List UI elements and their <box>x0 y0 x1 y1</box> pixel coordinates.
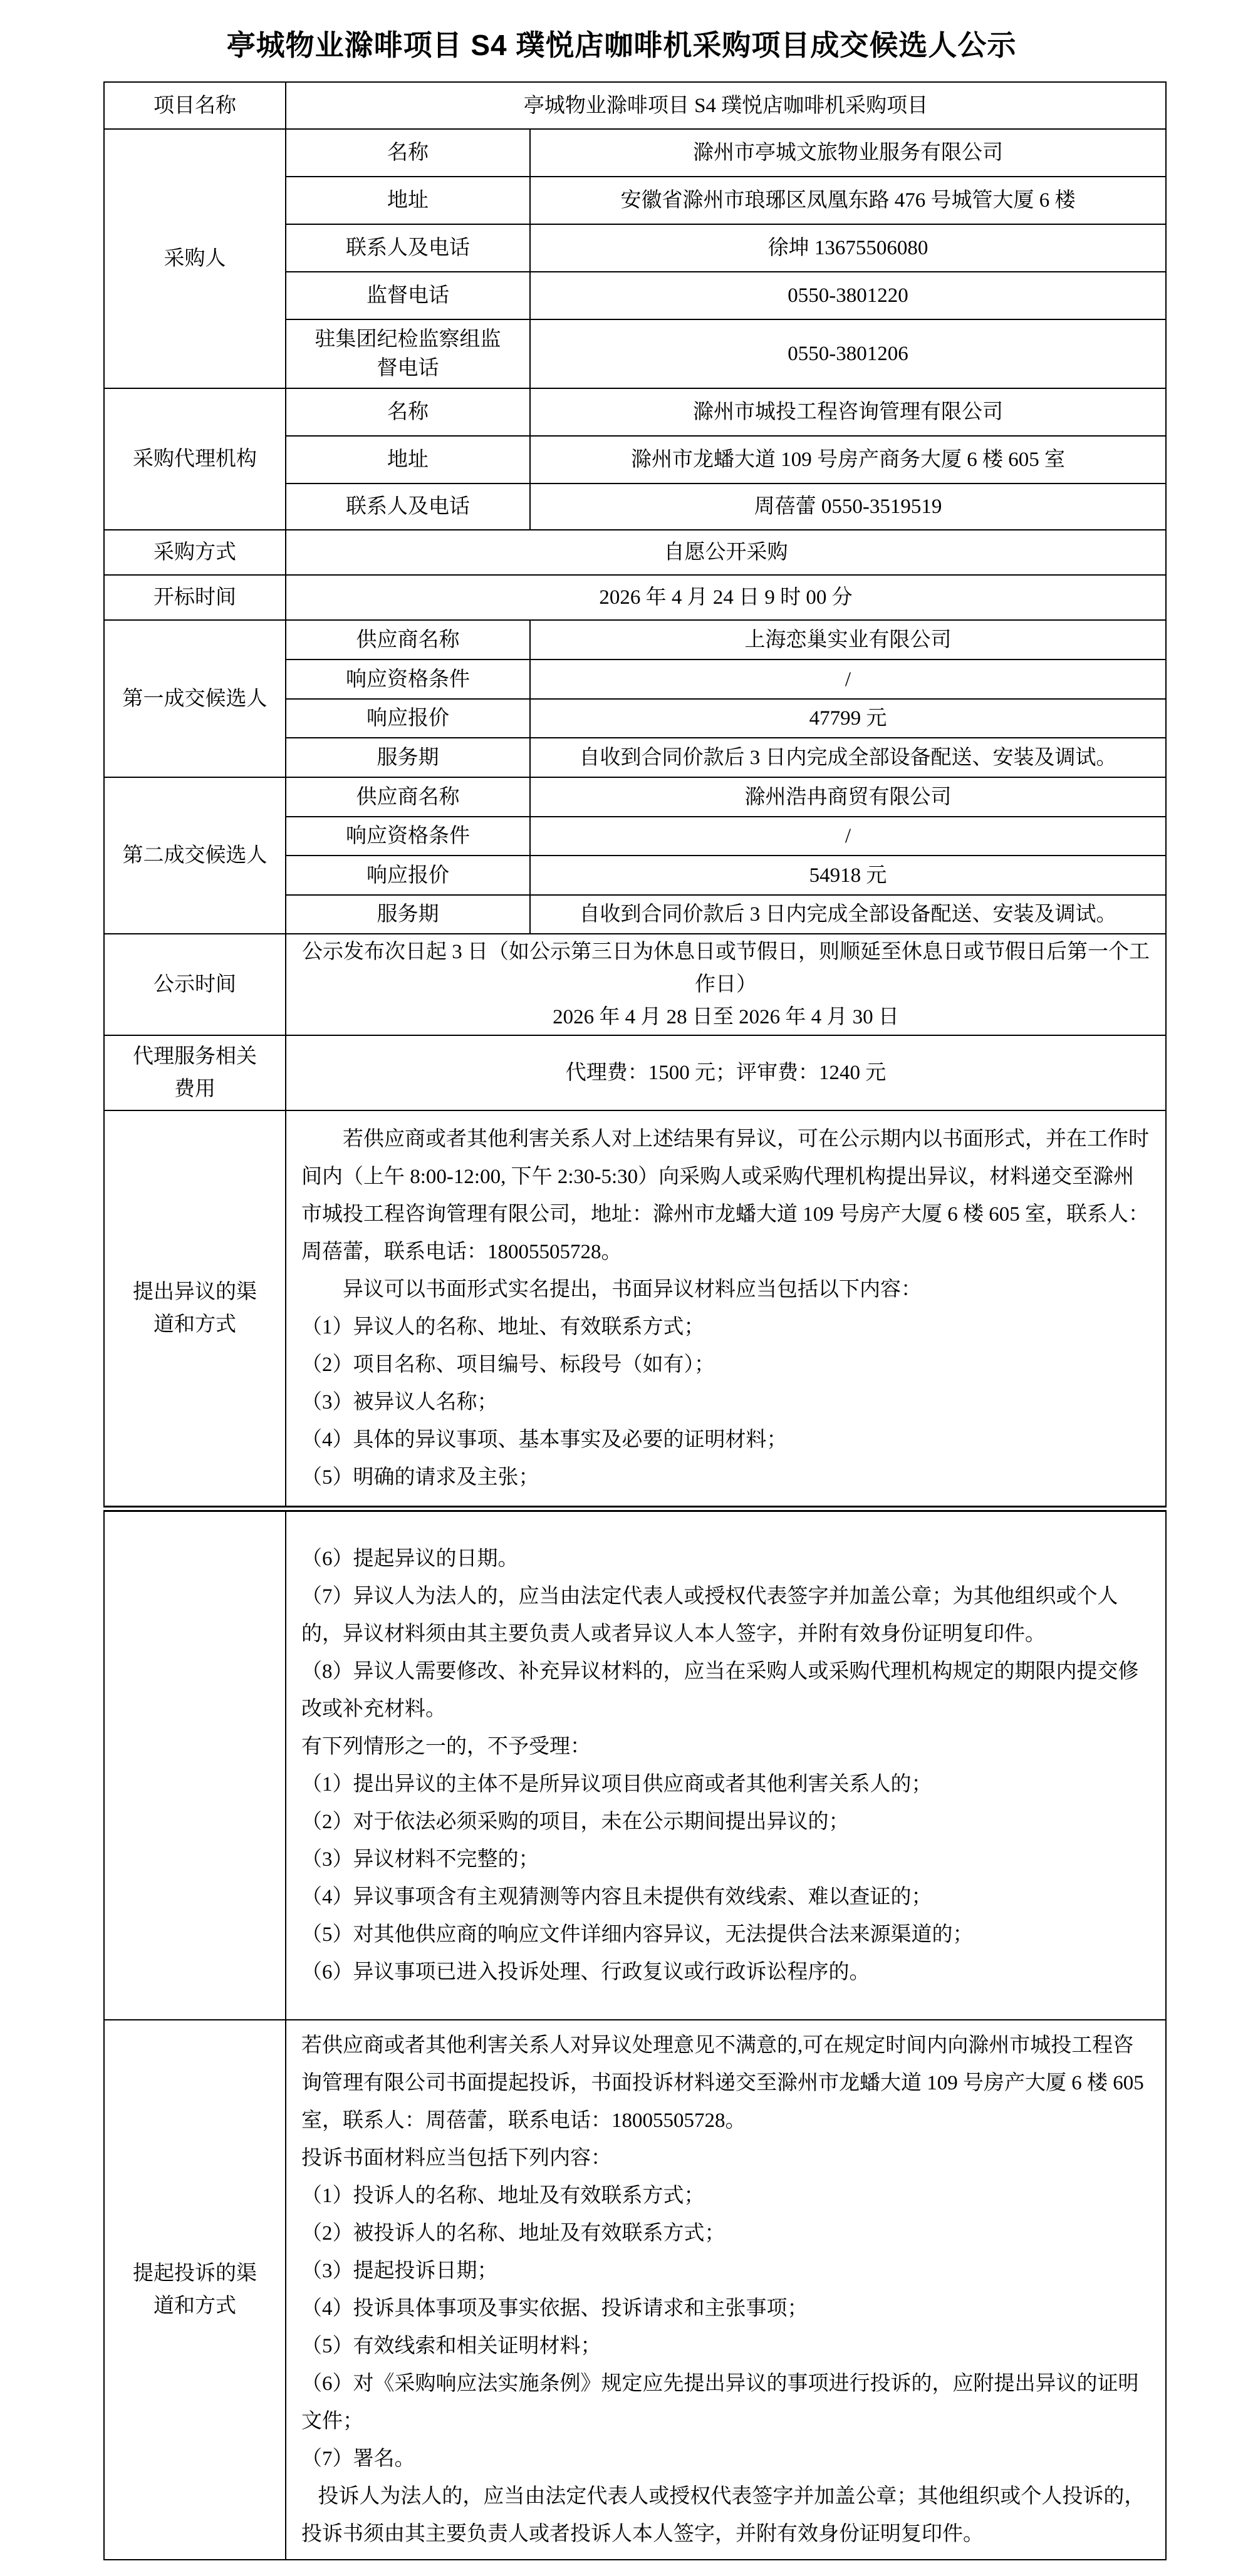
purchaser-contact-label: 联系人及电话 <box>286 224 530 272</box>
objection-item: （5）明确的请求及主张； <box>301 1459 1150 1496</box>
page-title: 亭城物业滁啡项目 S4 璞悦店咖啡机采购项目成交候选人公示 <box>0 28 1243 63</box>
complaint-paragraph: 投诉人为法人的，应当由法定代表人或授权代表签字并加盖公章；其他组织或个人投诉的，… <box>301 2478 1150 2553</box>
table-row-project: 项目名称 亭城物业滁啡项目 S4 璞悦店咖啡机采购项目 <box>104 82 1166 129</box>
objection-label-empty <box>104 1509 286 2020</box>
complaint-item: （1）投诉人的名称、地址及有效联系方式； <box>301 2177 1150 2215</box>
table-row-purchaser-name: 采购人 名称 滁州市亭城文旅物业服务有限公司 <box>104 129 1166 177</box>
complaint-label: 提起投诉的渠道和方式 <box>104 2020 286 2560</box>
table-row-candidate1-supplier: 第一成交候选人 供应商名称 上海恋巢实业有限公司 <box>104 620 1166 660</box>
agency-fee-value: 代理费：1500 元；评审费：1240 元 <box>286 1035 1166 1110</box>
objection-reject-item: （5）对其他供应商的响应文件详细内容异议，无法提供合法来源渠道的； <box>301 1916 1150 1953</box>
supervise-phone-label: 监督电话 <box>286 272 530 319</box>
candidate2-label: 第二成交候选人 <box>104 777 286 934</box>
candidate2-supplier-label: 供应商名称 <box>286 777 530 817</box>
purchaser-name-value: 滁州市亭城文旅物业服务有限公司 <box>530 129 1166 177</box>
agency-label: 采购代理机构 <box>104 388 286 530</box>
supervise-phone-value: 0550-3801220 <box>530 272 1166 319</box>
agency-contact-value: 周蓓蕾 0550-3519519 <box>530 484 1166 530</box>
complaint-item: （3）提起投诉日期； <box>301 2252 1150 2290</box>
table-row-method: 采购方式 自愿公开采购 <box>104 530 1166 575</box>
candidate1-label: 第一成交候选人 <box>104 620 286 777</box>
objection-reject-heading: 有下列情形之一的，不予受理： <box>301 1728 1150 1766</box>
candidate2-qualification-value: / <box>530 817 1166 856</box>
complaint-item: （7）署名。 <box>301 2440 1150 2478</box>
candidate1-service-label: 服务期 <box>286 738 530 777</box>
method-value: 自愿公开采购 <box>286 530 1166 575</box>
candidate1-supplier-label: 供应商名称 <box>286 620 530 660</box>
bid-opening-label: 开标时间 <box>104 575 286 620</box>
purchaser-address-label: 地址 <box>286 177 530 224</box>
objection-item: （8）异议人需要修改、补充异议材料的，应当在采购人或采购代理机构规定的期限内提交… <box>301 1653 1150 1728</box>
candidate2-service-label: 服务期 <box>286 895 530 934</box>
agency-fee-label: 代理服务相关费用 <box>104 1035 286 1110</box>
objection-reject-item: （4）异议事项含有主观猜测等内容且未提供有效线索、难以查证的； <box>301 1878 1150 1916</box>
complaint-paragraph: 投诉书面材料应当包括下列内容： <box>301 2139 1150 2177</box>
objection-paragraph: 异议可以书面形式实名提出，书面异议材料应当包括以下内容： <box>301 1271 1150 1308</box>
objection-item: （1）异议人的名称、地址、有效联系方式； <box>301 1308 1150 1346</box>
candidate2-price-label: 响应报价 <box>286 856 530 895</box>
objection-item: （6）提起异议的日期。 <box>301 1540 1150 1578</box>
publicity-period: 公示发布次日起 3 日（如公示第三日为休息日或节假日，则顺延至休息日或节假日后第… <box>293 936 1159 1001</box>
candidate1-qualification-label: 响应资格条件 <box>286 660 530 699</box>
method-label: 采购方式 <box>104 530 286 575</box>
candidate1-price-value: 47799 元 <box>530 699 1166 738</box>
discipline-phone-label: 驻集团纪检监察组监督电话 <box>286 319 530 388</box>
candidate1-price-label: 响应报价 <box>286 699 530 738</box>
complaint-item: （4）投诉具体事项及事实依据、投诉请求和主张事项； <box>301 2290 1150 2327</box>
purchaser-name-label: 名称 <box>286 129 530 177</box>
table-row-objection-part1: 提出异议的渠道和方式 若供应商或者其他利害关系人对上述结果有异议，可在公示期内以… <box>104 1110 1166 1509</box>
table-row-publicity: 公示时间 公示发布次日起 3 日（如公示第三日为休息日或节假日，则顺延至休息日或… <box>104 934 1166 1035</box>
table-row-bid-opening: 开标时间 2026 年 4 月 24 日 9 时 00 分 <box>104 575 1166 620</box>
objection-item: （4）具体的异议事项、基本事实及必要的证明材料； <box>301 1421 1150 1459</box>
candidate1-service-value: 自收到合同价款后 3 日内完成全部设备配送、安装及调试。 <box>530 738 1166 777</box>
objection-text-part1: 若供应商或者其他利害关系人对上述结果有异议，可在公示期内以书面形式，并在工作时间… <box>286 1110 1166 1509</box>
purchaser-contact-value: 徐坤 13675506080 <box>530 224 1166 272</box>
objection-reject-item: （6）异议事项已进入投诉处理、行政复议或行政诉讼程序的。 <box>301 1953 1150 1991</box>
objection-reject-item: （3）异议材料不完整的； <box>301 1841 1150 1878</box>
purchaser-address-value: 安徽省滁州市琅琊区凤凰东路 476 号城管大厦 6 楼 <box>530 177 1166 224</box>
complaint-text: 若供应商或者其他利害关系人对异议处理意见不满意的,可在规定时间内向滁州市城投工程… <box>286 2020 1166 2560</box>
project-name-value: 亭城物业滁啡项目 S4 璞悦店咖啡机采购项目 <box>286 82 1166 129</box>
publicity-dates: 2026 年 4 月 28 日至 2026 年 4 月 30 日 <box>293 1001 1159 1033</box>
candidate2-price-value: 54918 元 <box>530 856 1166 895</box>
agency-address-label: 地址 <box>286 436 530 484</box>
objection-reject-item: （1）提出异议的主体不是所异议项目供应商或者其他利害关系人的； <box>301 1766 1150 1803</box>
objection-item: （7）异议人为法人的，应当由法定代表人或授权代表签字并加盖公章；为其他组织或个人… <box>301 1578 1150 1653</box>
objection-item: （2）项目名称、项目编号、标段号（如有）； <box>301 1346 1150 1384</box>
objection-label: 提出异议的渠道和方式 <box>104 1110 286 1509</box>
complaint-item: （6）对《采购响应法实施条例》规定应先提出异议的事项进行投诉的，应附提出异议的证… <box>301 2365 1150 2440</box>
objection-reject-item: （2）对于依法必须采购的项目，未在公示期间提出异议的； <box>301 1803 1150 1841</box>
table-row-agency-name: 采购代理机构 名称 滁州市城投工程咨询管理有限公司 <box>104 388 1166 436</box>
notice-table: 项目名称 亭城物业滁啡项目 S4 璞悦店咖啡机采购项目 采购人 名称 滁州市亭城… <box>103 81 1167 2560</box>
publicity-label: 公示时间 <box>104 934 286 1035</box>
objection-paragraph: 若供应商或者其他利害关系人对上述结果有异议，可在公示期内以书面形式，并在工作时间… <box>301 1120 1150 1271</box>
table-row-objection-part2: （6）提起异议的日期。 （7）异议人为法人的，应当由法定代表人或授权代表签字并加… <box>104 1509 1166 2020</box>
candidate2-qualification-label: 响应资格条件 <box>286 817 530 856</box>
bid-opening-value: 2026 年 4 月 24 日 9 时 00 分 <box>286 575 1166 620</box>
purchaser-label: 采购人 <box>104 129 286 388</box>
discipline-phone-value: 0550-3801206 <box>530 319 1166 388</box>
agency-name-value: 滁州市城投工程咨询管理有限公司 <box>530 388 1166 436</box>
agency-contact-label: 联系人及电话 <box>286 484 530 530</box>
publicity-value: 公示发布次日起 3 日（如公示第三日为休息日或节假日，则顺延至休息日或节假日后第… <box>286 934 1166 1035</box>
objection-item: （3）被异议人名称； <box>301 1384 1150 1421</box>
candidate2-supplier-value: 滁州浩冉商贸有限公司 <box>530 777 1166 817</box>
complaint-paragraph: 若供应商或者其他利害关系人对异议处理意见不满意的,可在规定时间内向滁州市城投工程… <box>301 2027 1150 2139</box>
candidate1-supplier-value: 上海恋巢实业有限公司 <box>530 620 1166 660</box>
table-row-candidate2-supplier: 第二成交候选人 供应商名称 滁州浩冉商贸有限公司 <box>104 777 1166 817</box>
table-row-complaint: 提起投诉的渠道和方式 若供应商或者其他利害关系人对异议处理意见不满意的,可在规定… <box>104 2020 1166 2560</box>
project-name-label: 项目名称 <box>104 82 286 129</box>
complaint-item: （5）有效线索和相关证明材料； <box>301 2327 1150 2365</box>
table-row-agency-fee: 代理服务相关费用 代理费：1500 元；评审费：1240 元 <box>104 1035 1166 1110</box>
objection-text-part2: （6）提起异议的日期。 （7）异议人为法人的，应当由法定代表人或授权代表签字并加… <box>286 1509 1166 2020</box>
agency-address-value: 滁州市龙蟠大道 109 号房产商务大厦 6 楼 605 室 <box>530 436 1166 484</box>
complaint-item: （2）被投诉人的名称、地址及有效联系方式； <box>301 2215 1150 2252</box>
agency-name-label: 名称 <box>286 388 530 436</box>
candidate2-service-value: 自收到合同价款后 3 日内完成全部设备配送、安装及调试。 <box>530 895 1166 934</box>
candidate1-qualification-value: / <box>530 660 1166 699</box>
